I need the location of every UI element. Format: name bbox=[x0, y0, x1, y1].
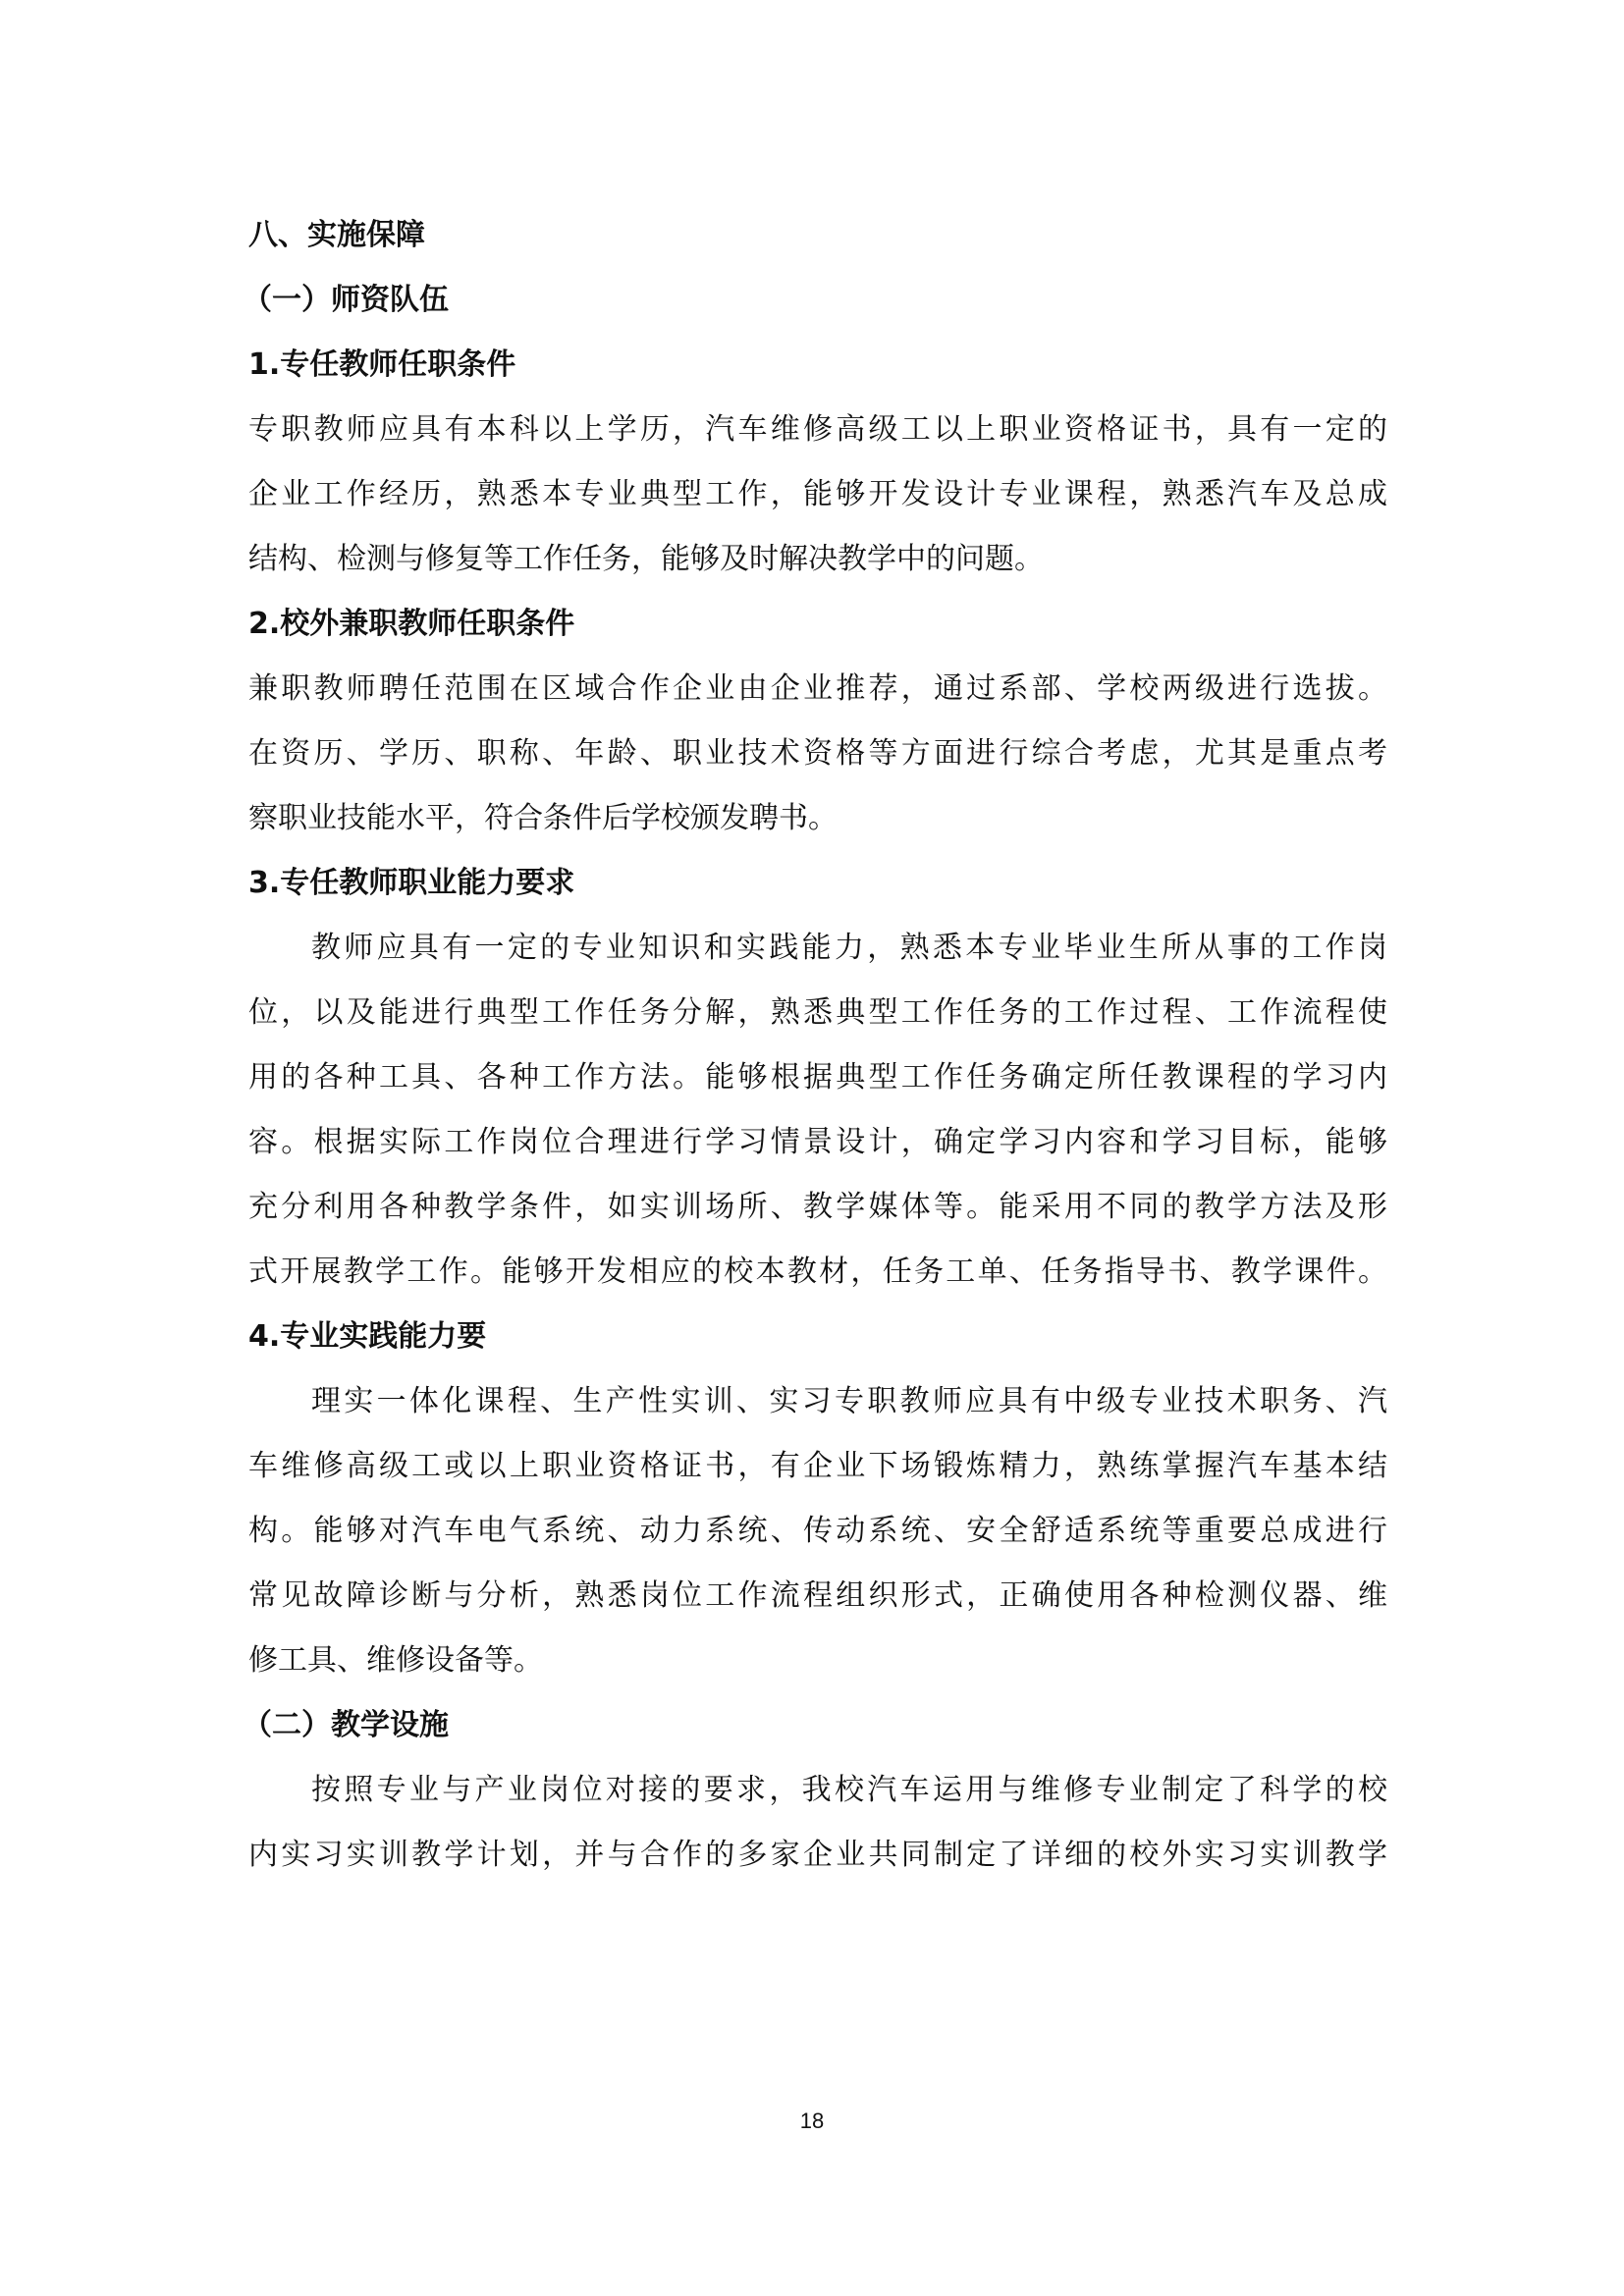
text-line: 内实习实训教学计划，并与合作的多家企业共同制定了详细的校外实习实训教学 bbox=[248, 1823, 1387, 1888]
item-heading-4: 4.专业实践能力要 bbox=[248, 1305, 1387, 1369]
subsection-title-teachers: （一）师资队伍 bbox=[243, 268, 1387, 333]
text-line: 用的各种工具、各种工作方法。能够根据典型工作任务确定所任教课程的学习内 bbox=[248, 1045, 1387, 1110]
text-line: 充分利用各种教学条件，如实训场所、教学媒体等。能采用不同的教学方法及形 bbox=[248, 1175, 1387, 1240]
text-line: 车维修高级工或以上职业资格证书，有企业下场锻炼精力，熟练掌握汽车基本结 bbox=[248, 1434, 1387, 1499]
text-line: 企业工作经历，熟悉本专业典型工作，能够开发设计专业课程，熟悉汽车及总成 bbox=[248, 462, 1387, 527]
item-heading-3: 3.专任教师职业能力要求 bbox=[248, 851, 1387, 916]
item-heading-1: 1.专任教师任职条件 bbox=[248, 333, 1387, 398]
subsection-title-facilities: （二）教学设施 bbox=[243, 1693, 1387, 1758]
text-line: 在资历、学历、职称、年龄、职业技术资格等方面进行综合考虑，尤其是重点考 bbox=[248, 721, 1387, 786]
text-line: 结构、检测与修复等工作任务，能够及时解决教学中的问题。 bbox=[248, 527, 1387, 592]
text-line: 容。根据实际工作岗位合理进行学习情景设计，确定学习内容和学习目标，能够 bbox=[248, 1110, 1387, 1175]
text-line: 位，以及能进行典型工作任务分解，熟悉典型工作任务的工作过程、工作流程使 bbox=[248, 981, 1387, 1045]
text-line: 专职教师应具有本科以上学历，汽车维修高级工以上职业资格证书，具有一定的 bbox=[248, 398, 1387, 462]
paragraph-4: 理实一体化课程、生产性实训、实习专职教师应具有中级专业技术职务、汽 车维修高级工… bbox=[248, 1369, 1387, 1693]
paragraph-5: 按照专业与产业岗位对接的要求，我校汽车运用与维修专业制定了科学的校 内实习实训教… bbox=[248, 1758, 1387, 1888]
text-line: 理实一体化课程、生产性实训、实习专职教师应具有中级专业技术职务、汽 bbox=[248, 1369, 1387, 1434]
text-line: 教师应具有一定的专业知识和实践能力，熟悉本专业毕业生所从事的工作岗 bbox=[248, 916, 1387, 981]
text-line: 察职业技能水平，符合条件后学校颁发聘书。 bbox=[248, 786, 1387, 851]
text-line: 修工具、维修设备等。 bbox=[248, 1629, 1387, 1693]
page-number: 18 bbox=[0, 2109, 1624, 2134]
text-line: 兼职教师聘任范围在区域合作企业由企业推荐，通过系部、学校两级进行选拔。 bbox=[248, 657, 1387, 721]
paragraph-1: 专职教师应具有本科以上学历，汽车维修高级工以上职业资格证书，具有一定的 企业工作… bbox=[248, 398, 1387, 592]
item-heading-2: 2.校外兼职教师任职条件 bbox=[248, 592, 1387, 657]
page-content: 八、实施保障 （一）师资队伍 1.专任教师任职条件 专职教师应具有本科以上学历，… bbox=[248, 203, 1387, 1888]
paragraph-3: 教师应具有一定的专业知识和实践能力，熟悉本专业毕业生所从事的工作岗 位，以及能进… bbox=[248, 916, 1387, 1305]
text-line: 常见故障诊断与分析，熟悉岗位工作流程组织形式，正确使用各种检测仪器、维 bbox=[248, 1564, 1387, 1629]
text-line: 式开展教学工作。能够开发相应的校本教材，任务工单、任务指导书、教学课件。 bbox=[248, 1240, 1387, 1305]
document-page: 八、实施保障 （一）师资队伍 1.专任教师任职条件 专职教师应具有本科以上学历，… bbox=[0, 0, 1624, 2296]
text-line: 构。能够对汽车电气系统、动力系统、传动系统、安全舒适系统等重要总成进行 bbox=[248, 1499, 1387, 1564]
section-title: 八、实施保障 bbox=[248, 203, 1387, 268]
paragraph-2: 兼职教师聘任范围在区域合作企业由企业推荐，通过系部、学校两级进行选拔。 在资历、… bbox=[248, 657, 1387, 851]
text-line: 按照专业与产业岗位对接的要求，我校汽车运用与维修专业制定了科学的校 bbox=[248, 1758, 1387, 1823]
